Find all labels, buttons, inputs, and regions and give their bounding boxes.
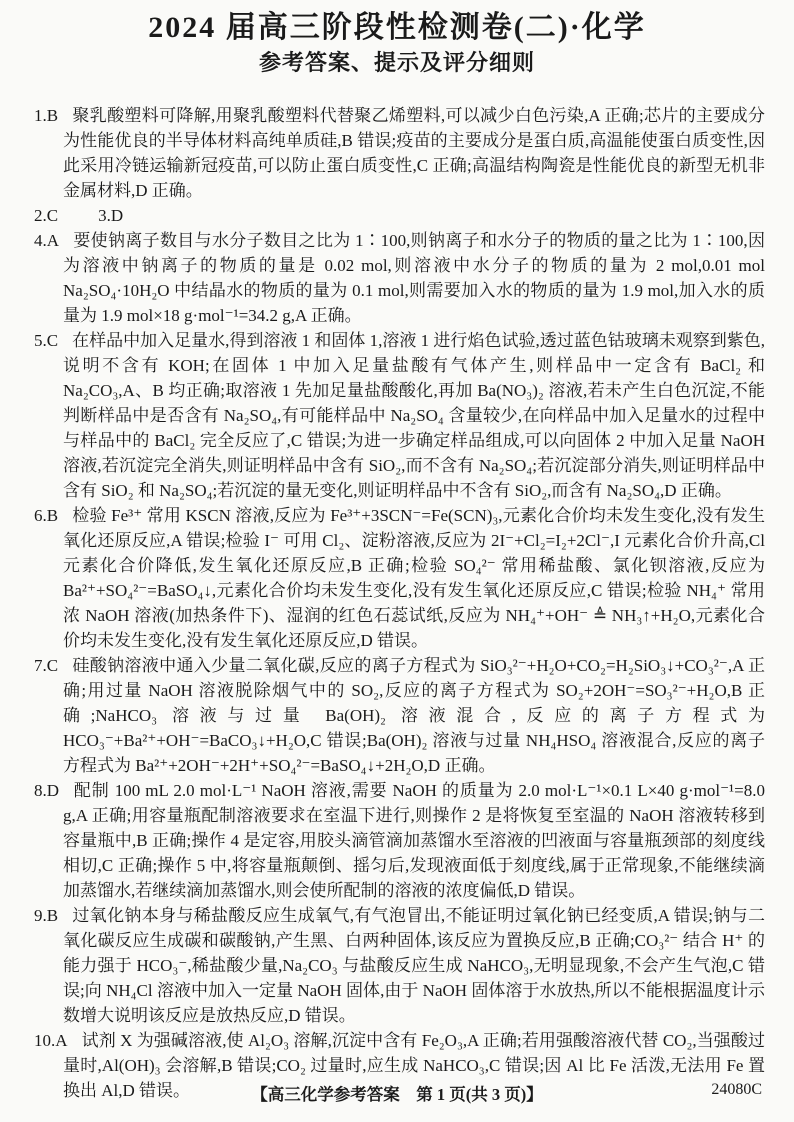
page-title: 2024 届高三阶段性检测卷(二)·化学 — [0, 0, 794, 48]
answer-sheet-page: 2024 届高三阶段性检测卷(二)·化学 参考答案、提示及评分细则 1.B聚乳酸… — [0, 0, 794, 1122]
item-number: 2.C — [34, 206, 58, 225]
item-number: 1.B — [34, 106, 58, 125]
item-text: 配制 100 mL 2.0 mol·L⁻¹ NaOH 溶液,需要 NaOH 的质… — [63, 781, 765, 900]
item-text: 要使钠离子数目与水分子数目之比为 1∶100,则钠离子和水分子的物质的量之比为 … — [63, 231, 765, 325]
item-number: 7.C — [34, 656, 58, 675]
answer-item-9: 9.B过氧化钠本身与稀盐酸反应生成氧气,有气泡冒出,不能证明过氧化钠已经变质,A… — [34, 903, 765, 1028]
page-footer: 【高三化学参考答案 第 1 页(共 3 页)】 24080C — [0, 1081, 794, 1103]
page-subtitle: 参考答案、提示及评分细则 — [0, 48, 794, 78]
answer-item-4: 4.A要使钠离子数目与水分子数目之比为 1∶100,则钠离子和水分子的物质的量之… — [34, 228, 765, 328]
item-number: 5.C — [34, 331, 58, 350]
item-number: 8.D — [34, 781, 59, 800]
answer-item-5: 5.C在样品中加入足量水,得到溶液 1 和固体 1,溶液 1 进行焰色试验,透过… — [34, 328, 765, 503]
item-text: 硅酸钠溶液中通入少量二氧化碳,反应的离子方程式为 SiO₃²⁻+H₂O+CO₂=… — [63, 656, 765, 775]
item-text: 检验 Fe³⁺ 常用 KSCN 溶液,反应为 Fe³⁺+3SCN⁻=Fe(SCN… — [63, 506, 765, 650]
item-number: 9.B — [34, 906, 58, 925]
answer-item-2-3: 2.C3.D — [34, 203, 765, 228]
answer-item-1: 1.B聚乳酸塑料可降解,用聚乳酸塑料代替聚乙烯塑料,可以减少白色污染,A 正确;… — [34, 103, 765, 203]
footer-label: 【高三化学参考答案 第 1 页(共 3 页)】 — [0, 1081, 794, 1105]
item-text: 过氧化钠本身与稀盐酸反应生成氧气,有气泡冒出,不能证明过氧化钠已经变质,A 错误… — [63, 906, 765, 1025]
footer-page-code: 24080C — [711, 1081, 762, 1099]
item-text: 在样品中加入足量水,得到溶液 1 和固体 1,溶液 1 进行焰色试验,透过蓝色钴… — [63, 331, 765, 500]
item-number: 4.A — [34, 231, 59, 250]
answer-item-7: 7.C硅酸钠溶液中通入少量二氧化碳,反应的离子方程式为 SiO₃²⁻+H₂O+C… — [34, 653, 765, 778]
item-number: 6.B — [34, 506, 58, 525]
item-text: 3.D — [98, 206, 123, 225]
answer-item-8: 8.D配制 100 mL 2.0 mol·L⁻¹ NaOH 溶液,需要 NaOH… — [34, 778, 765, 903]
item-number: 10.A — [34, 1031, 68, 1050]
item-text: 聚乳酸塑料可降解,用聚乳酸塑料代替聚乙烯塑料,可以减少白色污染,A 正确;芯片的… — [63, 106, 765, 200]
answer-item-6: 6.B检验 Fe³⁺ 常用 KSCN 溶液,反应为 Fe³⁺+3SCN⁻=Fe(… — [34, 503, 765, 653]
answers-content: 1.B聚乳酸塑料可降解,用聚乳酸塑料代替聚乙烯塑料,可以减少白色污染,A 正确;… — [0, 103, 794, 1103]
